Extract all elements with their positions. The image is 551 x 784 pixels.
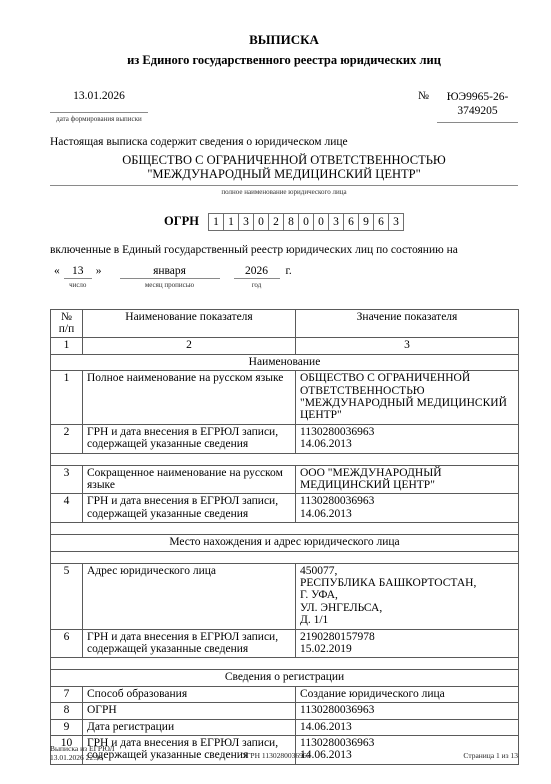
- value-cell: 1130280036963 14.06.2013: [296, 424, 519, 453]
- section-title: Сведения о регистрации: [51, 670, 519, 686]
- label-cell: ГРН и дата внесения в ЕГРЮЛ записи, соде…: [83, 494, 296, 523]
- ogrn-digit-box: 8: [283, 213, 299, 231]
- num-cell: 9: [51, 719, 83, 735]
- ogrn-label: ОГРН: [164, 214, 199, 229]
- day-value: 13: [64, 265, 92, 279]
- table-row: 3Сокращенное наименование на русском язы…: [51, 465, 519, 494]
- label-cell: Адрес юридического лица: [83, 563, 296, 629]
- value-cell: 1130280036963: [296, 703, 519, 719]
- meta-row: 13.01.2026 дата формирования выписки № Ю…: [50, 90, 518, 123]
- spacer-row: [51, 523, 519, 535]
- num-cell: 5: [51, 563, 83, 629]
- label-cell: Способ образования: [83, 686, 296, 702]
- issue-date-caption: дата формирования выписки: [50, 115, 148, 123]
- ogrn-digit-box: 6: [373, 213, 389, 231]
- table-row: 2ГРН и дата внесения в ЕГРЮЛ записи, сод…: [51, 424, 519, 453]
- ogrn-digit-box: 9: [358, 213, 374, 231]
- document-number-block: № ЮЭ9965-26-3749205: [418, 90, 518, 123]
- spacer-row: [51, 551, 519, 563]
- value-cell: ОБЩЕСТВО С ОГРАНИЧЕННОЙ ОТВЕТСТВЕННОСТЬЮ…: [296, 371, 519, 425]
- col-header-value: Значение показателя: [296, 309, 519, 338]
- value-cell: 14.06.2013: [296, 719, 519, 735]
- table-row: 4ГРН и дата внесения в ЕГРЮЛ записи, сод…: [51, 494, 519, 523]
- section-title: Наименование: [51, 354, 519, 370]
- table-row: 1Полное наименование на русском языкеОБЩ…: [51, 371, 519, 425]
- ogrn-digit-boxes: 1130280036963: [208, 213, 404, 231]
- date-fill-row: « 13 число » января месяц прописью 2026 …: [50, 265, 518, 289]
- table-row: 5Адрес юридического лица450077, РЕСПУБЛИ…: [51, 563, 519, 629]
- details-table: № п/п Наименование показателя Значение п…: [50, 309, 519, 765]
- spacer-cell: [51, 523, 519, 535]
- num-cell: 1: [51, 371, 83, 425]
- document-number-value: ЮЭ9965-26-3749205: [437, 90, 518, 123]
- company-name: ОБЩЕСТВО С ОГРАНИЧЕННОЙ ОТВЕТСТВЕННОСТЬЮ…: [50, 154, 518, 186]
- value-cell: ООО "МЕЖДУНАРОДНЫЙ МЕДИЦИНСКИЙ ЦЕНТР": [296, 465, 519, 494]
- value-cell: 2190280157978 15.02.2019: [296, 629, 519, 658]
- section-row: Наименование: [51, 354, 519, 370]
- table-row: 9Дата регистрации14.06.2013: [51, 719, 519, 735]
- ogrn-digit-box: 0: [313, 213, 329, 231]
- spacer-row: [51, 658, 519, 670]
- document-page: ВЫПИСКА из Единого государственного реес…: [0, 0, 551, 784]
- section-row: Место нахождения и адрес юридического ли…: [51, 535, 519, 551]
- ogrn-digit-box: 1: [208, 213, 224, 231]
- ogrn-digit-box: 6: [343, 213, 359, 231]
- ogrn-digit-box: 0: [253, 213, 269, 231]
- day-caption: число: [64, 281, 92, 289]
- issue-date-value: 13.01.2026: [50, 90, 148, 113]
- ogrn-digit-box: 3: [328, 213, 344, 231]
- table-row: 10ГРН и дата внесения в ЕГРЮЛ записи, со…: [51, 736, 519, 765]
- issue-date-block: 13.01.2026 дата формирования выписки: [50, 90, 148, 123]
- label-cell: ГРН и дата внесения в ЕГРЮЛ записи, соде…: [83, 629, 296, 658]
- month-value: января: [120, 265, 220, 279]
- num-cell: 4: [51, 494, 83, 523]
- ogrn-digit-box: 3: [388, 213, 404, 231]
- col-header-num: № п/п: [51, 309, 83, 338]
- spacer-cell: [51, 658, 519, 670]
- ogrn-digit-box: 3: [238, 213, 254, 231]
- label-cell: ГРН и дата внесения в ЕГРЮЛ записи, соде…: [83, 424, 296, 453]
- value-cell: 1130280036963 14.06.2013: [296, 494, 519, 523]
- col-header-label: Наименование показателя: [83, 309, 296, 338]
- company-name-block: ОБЩЕСТВО С ОГРАНИЧЕННОЙ ОТВЕТСТВЕННОСТЬЮ…: [50, 154, 518, 196]
- ogrn-digit-box: 0: [298, 213, 314, 231]
- company-name-caption: полное наименование юридического лица: [50, 188, 518, 196]
- ogrn-digit-box: 1: [223, 213, 239, 231]
- num-cell: 6: [51, 629, 83, 658]
- label-cell: Сокращенное наименование на русском язык…: [83, 465, 296, 494]
- day-field: 13 число: [64, 265, 92, 289]
- year-value: 2026: [234, 265, 280, 279]
- footer-page-number: Страница 1 из 13: [463, 751, 518, 760]
- num-cell: 2: [51, 424, 83, 453]
- month-field: января месяц прописью: [120, 265, 220, 289]
- spacer-cell: [51, 453, 519, 465]
- table-body: Наименование1Полное наименование на русс…: [51, 354, 519, 764]
- num-cell: 7: [51, 686, 83, 702]
- doc-title: ВЫПИСКА: [50, 32, 518, 48]
- value-cell: 450077, РЕСПУБЛИКА БАШКОРТОСТАН, Г. УФА,…: [296, 563, 519, 629]
- section-title: Место нахождения и адрес юридического ли…: [51, 535, 519, 551]
- col-number-1: 1: [51, 338, 83, 354]
- number-sign: №: [418, 90, 429, 102]
- label-cell: Полное наименование на русском языке: [83, 371, 296, 425]
- table-row: 8ОГРН1130280036963: [51, 703, 519, 719]
- num-cell: 3: [51, 465, 83, 494]
- ogrn-row: ОГРН 1130280036963: [50, 213, 518, 231]
- table-row: 7Способ образованияСоздание юридического…: [51, 686, 519, 702]
- num-cell: 8: [51, 703, 83, 719]
- spacer-cell: [51, 551, 519, 563]
- year-suffix: г.: [286, 265, 292, 277]
- year-field: 2026 год: [234, 265, 280, 289]
- doc-subtitle: из Единого государственного реестра юрид…: [50, 53, 518, 68]
- month-caption: месяц прописью: [120, 281, 220, 289]
- document-content: ВЫПИСКА из Единого государственного реес…: [0, 0, 551, 765]
- ogrn-digit-box: 2: [268, 213, 284, 231]
- label-cell: Дата регистрации: [83, 719, 296, 735]
- value-cell: Создание юридического лица: [296, 686, 519, 702]
- intro-text: Настоящая выписка содержит сведения о юр…: [50, 136, 518, 148]
- col-number-row: 1 2 3: [51, 338, 519, 354]
- label-cell: ОГРН: [83, 703, 296, 719]
- section-row: Сведения о регистрации: [51, 670, 519, 686]
- table-row: 6ГРН и дата внесения в ЕГРЮЛ записи, сод…: [51, 629, 519, 658]
- open-quote: «: [50, 265, 64, 277]
- spacer-row: [51, 453, 519, 465]
- included-text: включенные в Единый государственный реес…: [50, 244, 518, 256]
- col-number-2: 2: [83, 338, 296, 354]
- year-caption: год: [234, 281, 280, 289]
- close-quote: »: [92, 265, 106, 277]
- value-cell: 1130280036963 14.06.2013: [296, 736, 519, 765]
- table-header-row: № п/п Наименование показателя Значение п…: [51, 309, 519, 338]
- col-number-3: 3: [296, 338, 519, 354]
